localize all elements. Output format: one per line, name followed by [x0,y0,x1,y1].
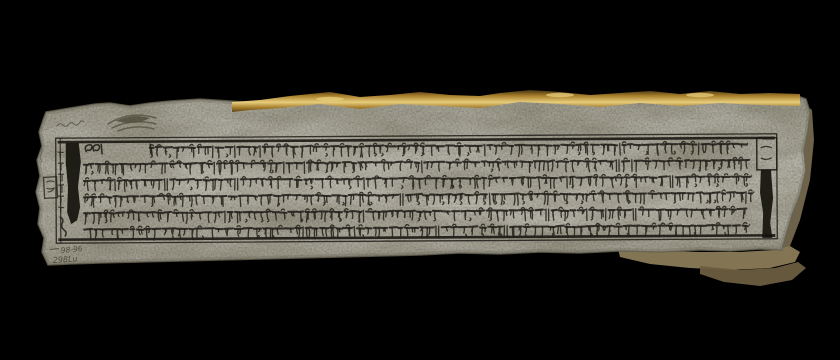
manuscript-scene: 98-96298Lu [0,0,840,360]
manuscript-photo: 98-96298Lu [0,0,840,360]
pencil-catalog-number-top: 98-96 [60,244,83,255]
pencil-catalog-number-bottom: 298Lu [53,254,78,265]
